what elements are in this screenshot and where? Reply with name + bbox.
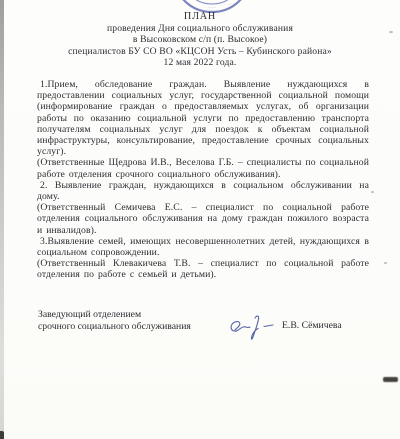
- title-line: 12 мая 2022 года.: [0, 57, 400, 69]
- signature-block: Заведующий отделением срочного социально…: [38, 309, 370, 349]
- paragraph-item-1: 1.Прием, обследование граждан. Выявление…: [37, 79, 369, 157]
- scan-corner-mark: [0, 431, 4, 439]
- scan-speck: [384, 262, 387, 264]
- paragraph-item-3: 3.Выявление семей, имеющих несовершеннол…: [37, 236, 369, 258]
- svg-text:· ·····: · ·····: [187, 3, 195, 9]
- handwritten-signature: [226, 311, 278, 343]
- paragraph-responsible-1: (Ответственные Щедрова И.В., Веселова Г.…: [37, 157, 369, 179]
- paragraph-responsible-3: (Ответственный Клевакичева Т.В. – специа…: [37, 258, 369, 280]
- paragraph-responsible-2: (Ответственный Семичева Е.С. – специалис…: [37, 202, 369, 236]
- scan-smudge: [383, 377, 398, 382]
- signer-role-line: Заведующий отделением: [38, 309, 191, 321]
- paragraph-item-2: 2. Выявление граждан, нуждающихся в соци…: [37, 180, 369, 202]
- title-line: проведения Дня социального обслуживания: [0, 23, 400, 35]
- scanned-plan-document: · ····· · ····· ·· ····· · ПЛАН проведен…: [0, 0, 400, 439]
- signer-name: Е.В. Сёмичева: [282, 320, 342, 332]
- title-line: в Высоковском с/п (п. Высокое): [0, 34, 400, 46]
- signer-role-line: срочного социального обслуживания: [38, 321, 191, 333]
- scan-speck: [371, 191, 374, 193]
- title-line: специалистов БУ СО ВО «КЦСОН Усть – Куби…: [0, 46, 400, 58]
- title-line: ПЛАН: [0, 11, 400, 23]
- document-title-block: ПЛАН проведения Дня социального обслужив…: [0, 11, 400, 69]
- document-body: 1.Прием, обследование граждан. Выявление…: [37, 79, 369, 281]
- signer-role: Заведующий отделением срочного социально…: [38, 309, 191, 333]
- svg-text:· ····· ··: · ····· ··: [206, 6, 216, 10]
